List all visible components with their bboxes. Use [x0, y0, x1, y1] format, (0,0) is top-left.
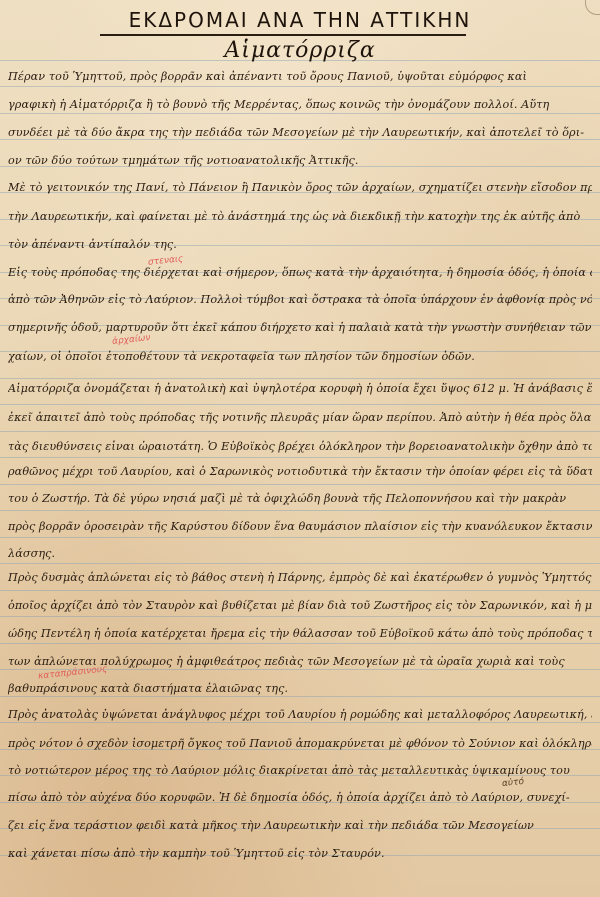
ruled-line: [0, 696, 600, 697]
text-line: γραφικὴ ἡ Αἱματόρριζα ἢ τὸ βουνὸ τῆς Μερ…: [8, 98, 592, 112]
text-line: Εἰς τοὺς πρόποδας της διέρχεται καὶ σήμε…: [8, 266, 592, 280]
manuscript-page: ΕΚΔΡΟΜΑΙ ΑΝΑ ΤΗΝ ΑΤΤΙΚΗΝ Αἱματόρριζα Πέρ…: [0, 0, 600, 897]
ruled-line: [0, 378, 600, 379]
ruled-line: [0, 616, 600, 617]
text-line: πρὸς βορρᾶν ὀροσειρὰν τῆς Καρύστου δίδου…: [8, 520, 592, 534]
ruled-line: [0, 643, 600, 644]
text-line: πρὸς νότον ὁ σχεδὸν ἰσομετρῆ ὄγκος τοῦ Π…: [8, 737, 592, 751]
text-line: τὰς διευθύνσεις εἶναι ὡραιοτάτη. Ὁ Εὐβοϊ…: [8, 440, 592, 454]
text-line: Πρὸς ἀνατολὰς ὑψώνεται ἀνάγλυφος μέχρι τ…: [8, 708, 592, 722]
ruled-line: [0, 431, 600, 432]
ruled-line: [0, 563, 600, 564]
text-line: τὸν ἀπέναντι ἀντίπαλόν της.: [8, 238, 592, 252]
text-line: Πρὸς δυσμὰς ἁπλώνεται εἰς τὸ βάθος στενὴ…: [8, 571, 592, 585]
text-line: Μὲ τὸ γειτονικόν της Πανί, τὸ Πάνειον ἢ …: [8, 181, 592, 195]
text-line: χαίων, οἱ ὁποῖοι ἐτοποθέτουν τὰ νεκροταφ…: [8, 350, 592, 364]
text-line: βαθυπράσινους κατὰ διαστήματα ἐλαιῶνας τ…: [8, 682, 592, 696]
correction-annotation: αὐτό: [502, 777, 525, 789]
ruled-line: [0, 86, 600, 87]
ruled-line: [0, 537, 600, 538]
text-line: πίσω ἀπὸ τὸν αὐχένα δύο κορυφῶν. Ἡ δὲ δη…: [8, 791, 592, 805]
text-line: τὴν Λαυρεωτικήν, καὶ φαίνεται μὲ τὸ ἀνάσ…: [8, 210, 592, 224]
text-line: καὶ χάνεται πίσω ἀπὸ τὴν καμπὴν τοῦ Ὑμητ…: [8, 847, 592, 861]
text-line: ζει εἰς ἕνα τεράστιον φειδὶ κατὰ μῆκος τ…: [8, 819, 592, 833]
text-line: σημερινῆς ὁδοῦ, μαρτυροῦν ὅτι ἐκεῖ κάπου…: [8, 321, 592, 335]
ruled-line: [0, 113, 600, 114]
text-line: ἀπὸ τῶν Ἀθηνῶν εἰς τὸ Λαύριον. Πολλοὶ τύ…: [8, 293, 592, 307]
text-line: ἐκεῖ ἀπαιτεῖ ἀπὸ τοὺς πρόποδας τῆς νοτιν…: [8, 411, 592, 425]
ruled-line: [0, 484, 600, 485]
ruled-line: [0, 404, 600, 405]
text-line: ον τῶν δύο τούτων τμημάτων τῆς νοτιοανατ…: [8, 154, 592, 168]
text-line: συνδέει μὲ τὰ δύο ἄκρα της τὴν πεδιάδα τ…: [8, 126, 592, 140]
text-line: ώδης Πεντέλη ἡ ὁποία κατέρχεται ἤρεμα εἰ…: [8, 627, 592, 641]
red-annotation: ἀρχαίων: [112, 333, 151, 347]
document-heading: ΕΚΔΡΟΜΑΙ ΑΝΑ ΤΗΝ ΑΤΤΙΚΗΝ: [0, 8, 600, 32]
text-line: Αἱματόρριζα ὀνομάζεται ἡ ἀνατολικὴ καὶ ὑ…: [8, 382, 592, 396]
ruled-line: [0, 722, 600, 723]
text-line: τὸ νοτιώτερον μέρος της τὸ Λαύριον μόλις…: [8, 764, 592, 778]
ruled-line: [0, 510, 600, 511]
document-subtitle: Αἱματόρριζα: [0, 38, 600, 63]
text-line: Πέραν τοῦ Ὑμηττοῦ, πρὸς βορρᾶν καὶ ἀπένα…: [8, 70, 592, 84]
text-line: λάσσης.: [8, 547, 592, 561]
text-line: ὁποῖος ἀρχίζει ἀπὸ τὸν Σταυρὸν καὶ βυθίζ…: [8, 599, 592, 613]
text-line: ραθῶνος μέχρι τοῦ Λαυρίου, καὶ ὁ Σαρωνικ…: [8, 465, 592, 479]
heading-underline: [100, 34, 466, 36]
text-line: του ὁ Ζωστήρ. Τὰ δὲ γύρω νησιά μαζὶ μὲ τ…: [8, 492, 592, 506]
ruled-line: [0, 590, 600, 591]
ruled-line: [0, 457, 600, 458]
